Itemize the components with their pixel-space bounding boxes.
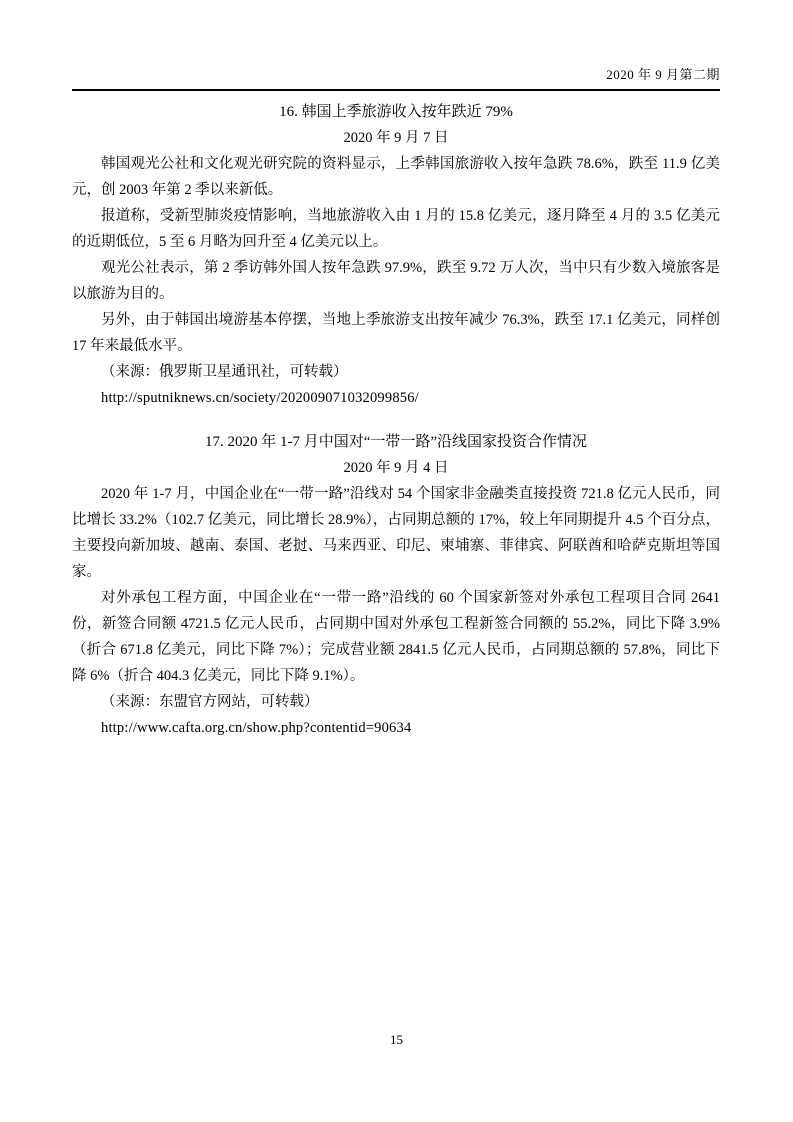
source-url-link[interactable]: http://sputniknews.cn/society/2020090710…	[72, 385, 720, 411]
article-17: 17. 2020 年 1-7 月中国对“一带一路”沿线国家投资合作情况 2020…	[72, 429, 720, 741]
article-paragraph: 2020 年 1-7 月，中国企业在“一带一路”沿线对 54 个国家非金融类直接…	[72, 481, 720, 585]
source-url-link[interactable]: http://www.cafta.org.cn/show.php?content…	[72, 715, 720, 741]
page-footer: 15	[0, 1032, 793, 1048]
article-paragraph: 观光公社表示，第 2 季访韩外国人按年急跌 97.9%，跌至 9.72 万人次，…	[72, 255, 720, 307]
article-paragraph: 对外承包工程方面，中国企业在“一带一路”沿线的 60 个国家新签对外承包工程项目…	[72, 585, 720, 689]
page-content: 16. 韩国上季旅游收入按年跌近 79% 2020 年 9 月 7 日 韩国观光…	[0, 91, 793, 741]
source-line: （来源：俄罗斯卫星通讯社，可转载）	[72, 359, 720, 385]
article-paragraph: 报道称，受新型肺炎疫情影响，当地旅游收入由 1 月的 15.8 亿美元，逐月降至…	[72, 203, 720, 255]
source-line: （来源：东盟官方网站，可转载）	[72, 689, 720, 715]
page-number: 15	[390, 1032, 403, 1047]
article-date: 2020 年 9 月 7 日	[72, 125, 720, 151]
article-title: 16. 韩国上季旅游收入按年跌近 79%	[72, 99, 720, 125]
article-paragraph: 韩国观光公社和文化观光研究院的资料显示，上季韩国旅游收入按年急跌 78.6%，跌…	[72, 151, 720, 203]
page-header: 2020 年 9 月第二期	[0, 0, 793, 83]
document-page: 2020 年 9 月第二期 16. 韩国上季旅游收入按年跌近 79% 2020 …	[0, 0, 793, 1122]
article-16: 16. 韩国上季旅游收入按年跌近 79% 2020 年 9 月 7 日 韩国观光…	[72, 99, 720, 411]
article-paragraph: 另外，由于韩国出境游基本停摆，当地上季旅游支出按年减少 76.3%，跌至 17.…	[72, 307, 720, 359]
article-date: 2020 年 9 月 4 日	[72, 455, 720, 481]
issue-label: 2020 年 9 月第二期	[606, 67, 720, 82]
article-title: 17. 2020 年 1-7 月中国对“一带一路”沿线国家投资合作情况	[72, 429, 720, 455]
